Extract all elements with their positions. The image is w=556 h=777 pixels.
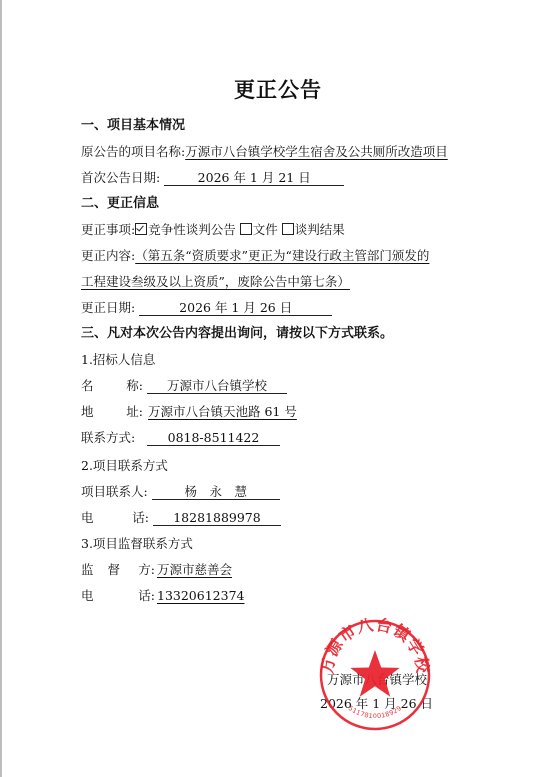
correction-content-line2: 工程建设叁级及以上资质”，废除公告中第七条） bbox=[81, 274, 350, 289]
first-notice-date-row: 首次公告日期: 2026 年 1 月 21 日 bbox=[81, 170, 344, 186]
tenderer-name-row: 名称: 万源市八台镇学校 bbox=[81, 378, 287, 394]
svg-text:万源市八台镇学校: 万源市八台镇学校 bbox=[318, 618, 432, 675]
tenderer-address-value: 万源市八台镇天池路 61 号 bbox=[148, 404, 297, 419]
project-name-value: 万源市八台镇学校学生宿舍及公共厕所改造项目 bbox=[185, 144, 448, 159]
signature-date: 2026 年 1 月 26 日 bbox=[320, 694, 433, 712]
correction-date-value: 2026 年 1 月 26 日 bbox=[139, 300, 332, 316]
project-contact-phone-label: 电话: bbox=[81, 510, 149, 526]
project-name-row: 原公告的项目名称:万源市八台镇学校学生宿舍及公共厕所改造项目 bbox=[81, 144, 448, 160]
supervision-phone-row: 电话:13320612374 bbox=[81, 588, 244, 604]
project-contact-phone-row: 电话: 18281889978 bbox=[81, 510, 281, 526]
supervision-org-label: 监督方: bbox=[81, 562, 155, 578]
page-left-border bbox=[0, 0, 2, 777]
correction-date-row: 更正日期: 2026 年 1 月 26 日 bbox=[81, 300, 332, 316]
correction-content-row: 更正内容:（第五条“资质要求”更正为“建设行政主管部门颁发的 bbox=[81, 248, 429, 264]
correction-date-label: 更正日期: bbox=[81, 300, 135, 315]
tenderer-address-label: 地址: bbox=[81, 404, 143, 420]
supervision-org-value: 万源市慈善会 bbox=[157, 562, 232, 577]
checkbox-empty-icon[interactable] bbox=[240, 223, 252, 235]
item-document: 文件 bbox=[253, 222, 278, 237]
supervision-phone-value: 13320612374 bbox=[157, 588, 244, 603]
supervision-org-row: 监督方:万源市慈善会 bbox=[81, 562, 232, 578]
tenderer-contact-label: 联系方式: bbox=[81, 430, 143, 446]
tenderer-heading: 1.招标人信息 bbox=[81, 352, 155, 368]
checkbox-empty-icon[interactable] bbox=[282, 223, 294, 235]
supervision-phone-label: 电话: bbox=[81, 588, 155, 604]
tenderer-contact-value: 0818-8511422 bbox=[147, 430, 280, 446]
document-title: 更正公告 bbox=[0, 74, 556, 104]
checkbox-checked-icon[interactable] bbox=[135, 223, 147, 235]
project-contact-person-value: 杨 永 慧 bbox=[152, 484, 280, 500]
correction-items-row: 更正事项:竞争性谈判公告 文件 谈判结果 bbox=[81, 222, 345, 238]
supervision-heading: 3.项目监督联系方式 bbox=[81, 536, 193, 552]
project-contact-person-row: 项目联系人: 杨 永 慧 bbox=[81, 484, 280, 500]
tenderer-address-row: 地址:万源市八台镇天池路 61 号 bbox=[81, 404, 297, 420]
first-notice-date-label: 首次公告日期: bbox=[81, 170, 160, 185]
item-negotiation-result: 谈判结果 bbox=[295, 222, 345, 237]
item-negotiation-notice: 竞争性谈判公告 bbox=[148, 222, 236, 237]
tenderer-name-label: 名称: bbox=[81, 378, 143, 394]
correction-items-label: 更正事项: bbox=[81, 222, 135, 237]
section1-heading: 一、项目基本情况 bbox=[81, 118, 185, 134]
first-notice-date-value: 2026 年 1 月 21 日 bbox=[164, 170, 344, 186]
project-contact-heading: 2.项目联系方式 bbox=[81, 458, 168, 474]
project-contact-person-label: 项目联系人: bbox=[81, 484, 148, 499]
tenderer-name-value: 万源市八台镇学校 bbox=[147, 378, 287, 394]
section3-heading: 三、凡对本次公告内容提出询问，请按以下方式联系。 bbox=[81, 326, 393, 342]
correction-content-label: 更正内容: bbox=[81, 248, 135, 263]
signature-org: 万源市八台镇学校 bbox=[327, 670, 427, 688]
tenderer-contact-row: 联系方式: 0818-8511422 bbox=[81, 430, 280, 446]
project-contact-phone-value: 18281889978 bbox=[153, 510, 281, 526]
project-name-label: 原公告的项目名称: bbox=[81, 144, 185, 159]
correction-content-row-2: 工程建设叁级及以上资质”，废除公告中第七条） bbox=[81, 274, 350, 290]
section2-heading: 二、更正信息 bbox=[81, 196, 159, 212]
correction-content-line1: （第五条“资质要求”更正为“建设行政主管部门颁发的 bbox=[135, 248, 429, 263]
